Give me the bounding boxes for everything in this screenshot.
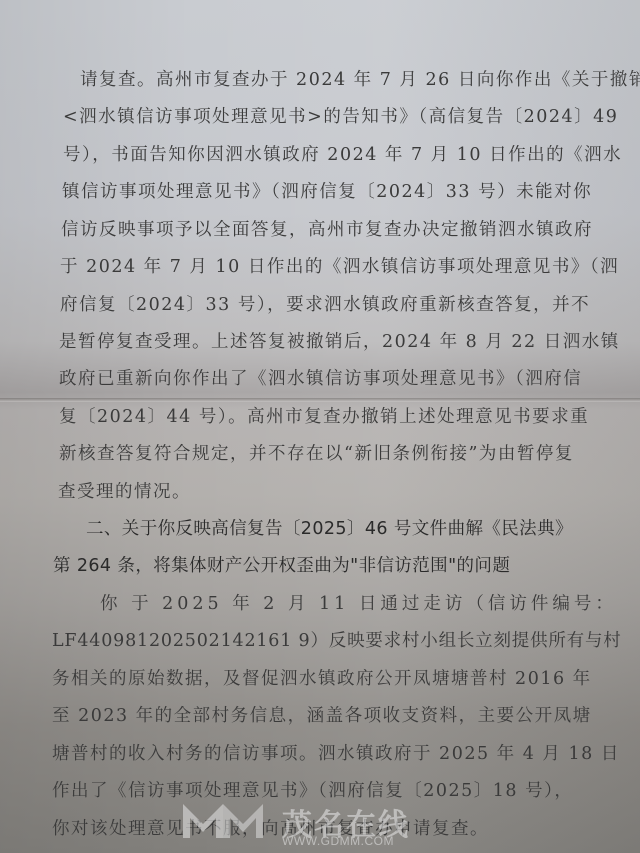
body-line: LF440981202502142161 9）反映要求村小组长立刻提供所有与村 — [52, 627, 622, 652]
section-heading-line: 二、关于你反映高信复告〔2025〕46 号文件曲解《民法典》 — [86, 515, 573, 540]
body-line: 至 2023 年的全部村务信息，涵盖各项收支资料，主要公开凤塘 — [52, 702, 592, 727]
site-watermark: 茂名在线 WWW.GDMM.COM — [178, 800, 468, 852]
body-line: 务相关的原始数据，及督促泗水镇政府公开凤塘塘普村 2016 年 — [52, 665, 592, 690]
body-line: 新核查答复符合规定，并不存在以“新旧条例衔接”为由暂停复 — [59, 440, 574, 465]
body-line: <泗水镇信访事项处理意见书>的告知书》（高信复告〔2024〕49 — [63, 103, 618, 128]
body-line: 信访反映事项予以全面答复，高州市复查办决定撤销泗水镇政府 — [61, 216, 593, 241]
body-line: 政府已重新向你作出了《泗水镇信访事项处理意见书》（泗府信 — [59, 365, 582, 390]
watermark-logo-icon — [178, 800, 268, 840]
watermark-url-text: WWW.GDMM.COM — [282, 834, 394, 848]
body-line: 查受理的情况。 — [58, 478, 191, 503]
body-line: 作出了《信访事项处理意见书》（泗府信复〔2025〕18 号）， — [52, 777, 573, 802]
body-line: 复〔2024〕44 号）。高州市复查办撤销上述处理意见书要求重 — [59, 403, 589, 428]
body-line: 是暂停复查受理。上述答复被撤销后，2024 年 8 月 22 日泗水镇 — [59, 328, 620, 353]
paper-fold-crease — [0, 398, 640, 402]
body-line: 请复查。高州市复查办于 2024 年 7 月 26 日向你作出《关于撤销 — [80, 66, 640, 91]
body-line: 你 于 2025 年 2 月 11 日通过走访（信访件编号： — [100, 590, 617, 615]
body-line: 塘普村的收入村务的信访事项。泗水镇政府于 2025 年 4 月 18 日 — [52, 740, 620, 765]
body-line: 镇信访事项处理意见书》（泗府信复〔2024〕33 号）未能对你 — [62, 178, 592, 203]
section-heading-line: 第 264 条，将集体财产公开权歪曲为"非信访范围"的问题 — [53, 552, 510, 577]
body-line: 府信复〔2024〕33 号），要求泗水镇政府重新核查答复，并不 — [60, 291, 590, 316]
body-line: 号），书面告知你因泗水镇政府 2024 年 7 月 10 日作出的《泗水 — [63, 141, 622, 166]
body-line: 于 2024 年 7 月 10 日作出的《泗水镇信访事项处理意见书》（泗 — [60, 253, 619, 278]
